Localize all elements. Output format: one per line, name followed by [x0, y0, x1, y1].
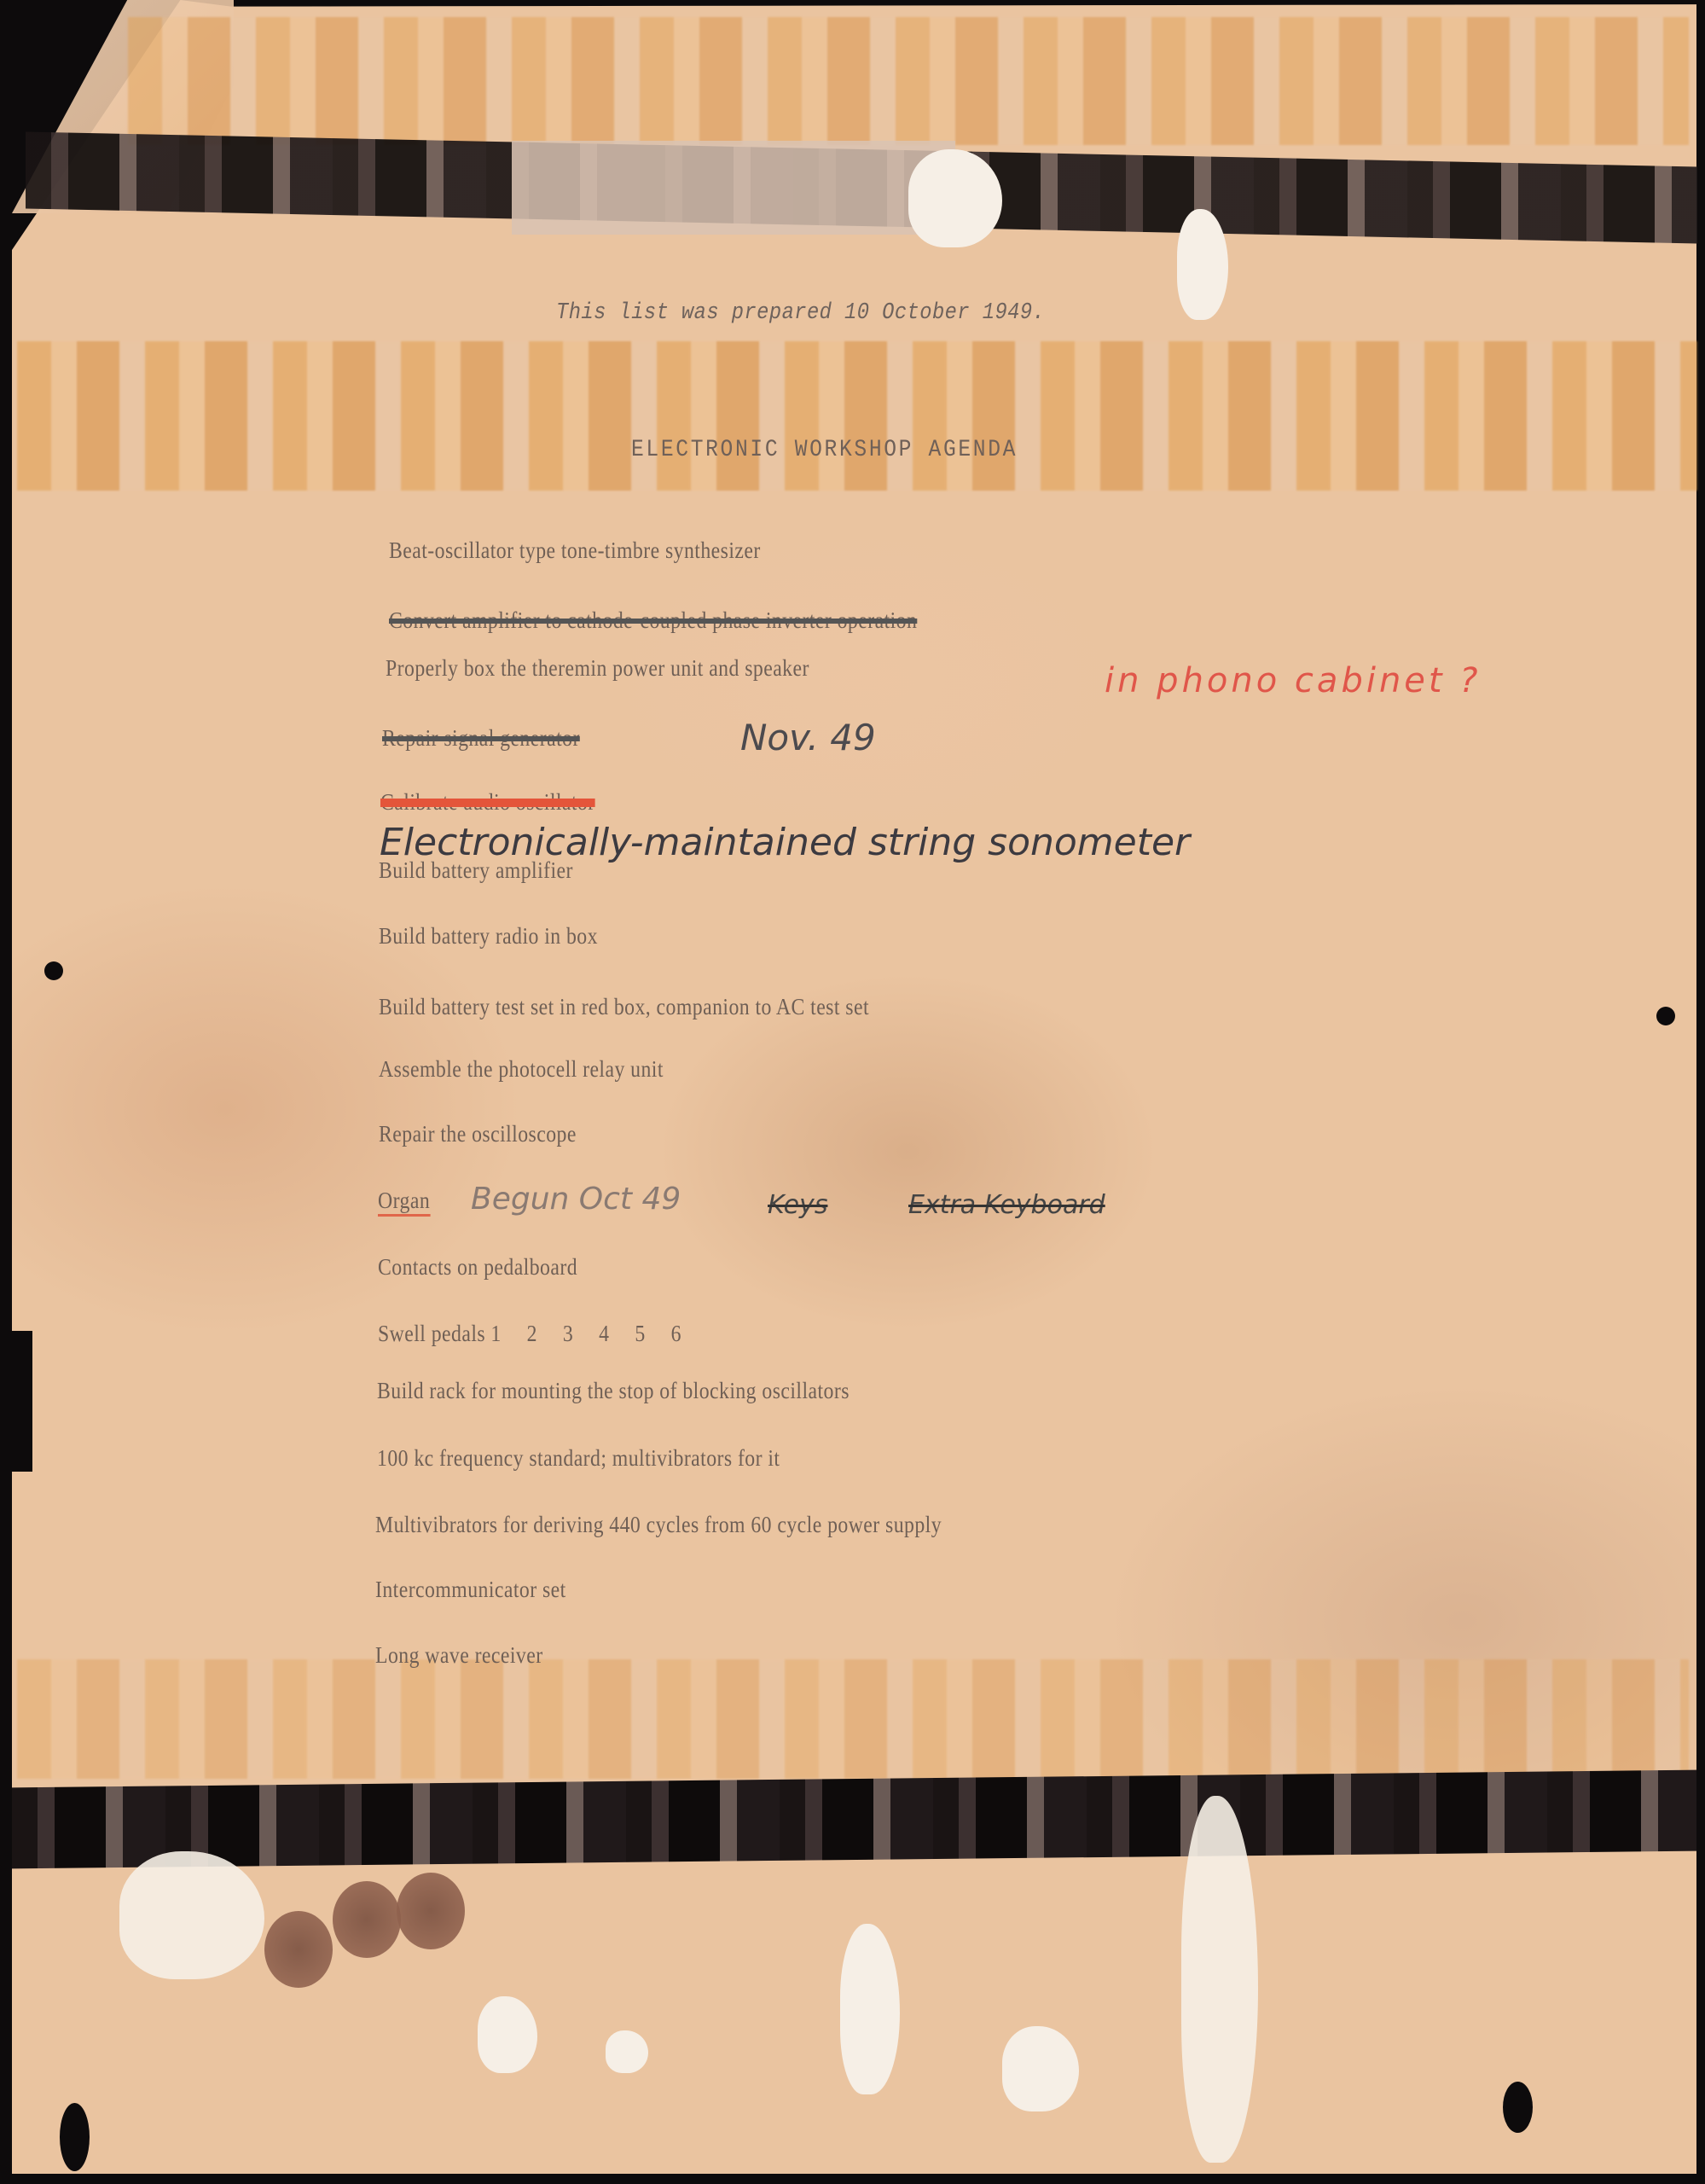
- prepared-date-note: This list was prepared 10 October 1949.: [556, 300, 1045, 326]
- pencil-annotation: Nov. 49: [740, 717, 876, 758]
- swell-pedals-label: Swell pedals: [378, 1321, 485, 1346]
- agenda-item: 100 kc frequency standard; multivibrator…: [377, 1445, 780, 1472]
- agenda-item: Long wave receiver: [375, 1642, 543, 1669]
- swell-pedal-numbers: 123456: [490, 1321, 706, 1346]
- agenda-item-organ: Organ: [378, 1188, 430, 1217]
- pedal-number: 6: [671, 1321, 707, 1347]
- agenda-item: Build battery test set in red box, compa…: [379, 994, 869, 1020]
- agenda-item: Properly box the theremin power unit and…: [386, 655, 809, 682]
- agenda-item-crossed: Repair signal generator: [382, 725, 580, 752]
- agenda-item: Build rack for mounting the stop of bloc…: [377, 1378, 850, 1404]
- red-annotation: in phono cabinet ?: [1105, 661, 1482, 700]
- pencil-annotation: Begun Oct 49: [471, 1182, 681, 1217]
- pedal-number: 1: [490, 1321, 526, 1347]
- agenda-item: Contacts on pedalboard: [378, 1254, 577, 1281]
- pedal-number: 4: [599, 1321, 635, 1347]
- struck-annotation: Extra Keyboard: [908, 1190, 1105, 1220]
- agenda-item-crossed: Convert amplifier to cathode-coupled pha…: [389, 607, 917, 634]
- agenda-item: Intercommunicator set: [375, 1577, 566, 1603]
- agenda-item-crossed-red: Calibrate audio oscillator: [380, 789, 595, 816]
- agenda-item: Assemble the photocell relay unit: [379, 1056, 664, 1083]
- agenda-item: Repair the oscilloscope: [379, 1121, 577, 1147]
- pedal-number: 5: [635, 1321, 670, 1347]
- agenda-item: Build battery amplifier: [379, 857, 573, 884]
- agenda-document: This list was prepared 10 October 1949. …: [0, 0, 1705, 2184]
- agenda-item: Build battery radio in box: [379, 923, 598, 950]
- document-title: ELECTRONIC WORKSHOP AGENDA: [631, 437, 1018, 463]
- pedal-number: 2: [527, 1321, 563, 1347]
- agenda-item: Multivibrators for deriving 440 cycles f…: [375, 1512, 942, 1538]
- agenda-item-swell-pedals: Swell pedals 123456: [378, 1321, 707, 1347]
- agenda-item: Beat-oscillator type tone-timbre synthes…: [389, 537, 761, 564]
- pedal-number: 3: [563, 1321, 599, 1347]
- struck-annotation: Keys: [768, 1190, 827, 1220]
